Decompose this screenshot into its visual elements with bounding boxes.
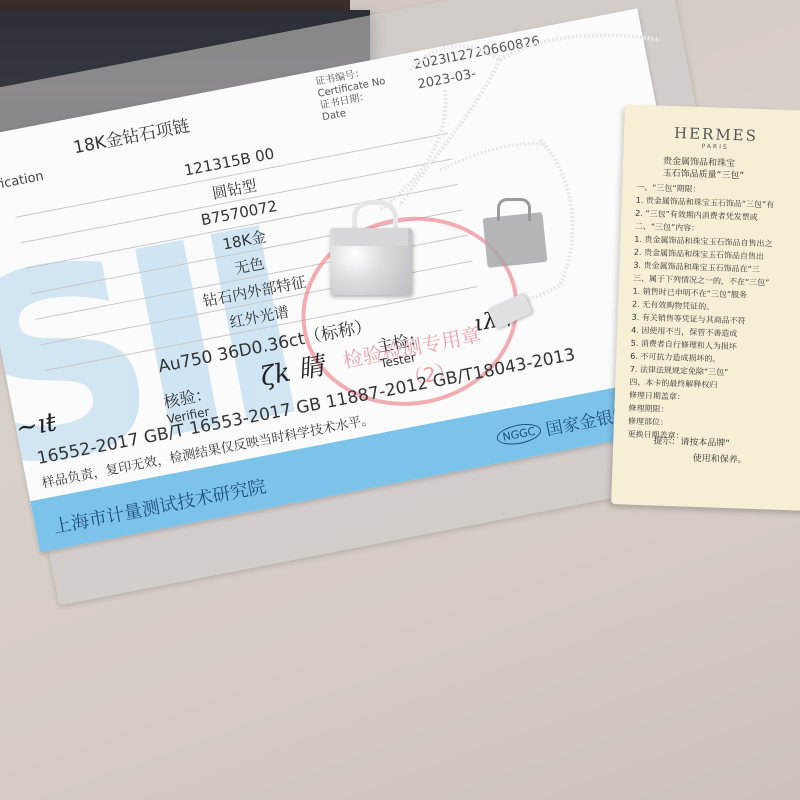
necklace-chain (0, 0, 800, 800)
birkin-pendant (330, 200, 412, 295)
printed-bag-handle (497, 198, 531, 221)
pendant-flap (334, 228, 408, 246)
